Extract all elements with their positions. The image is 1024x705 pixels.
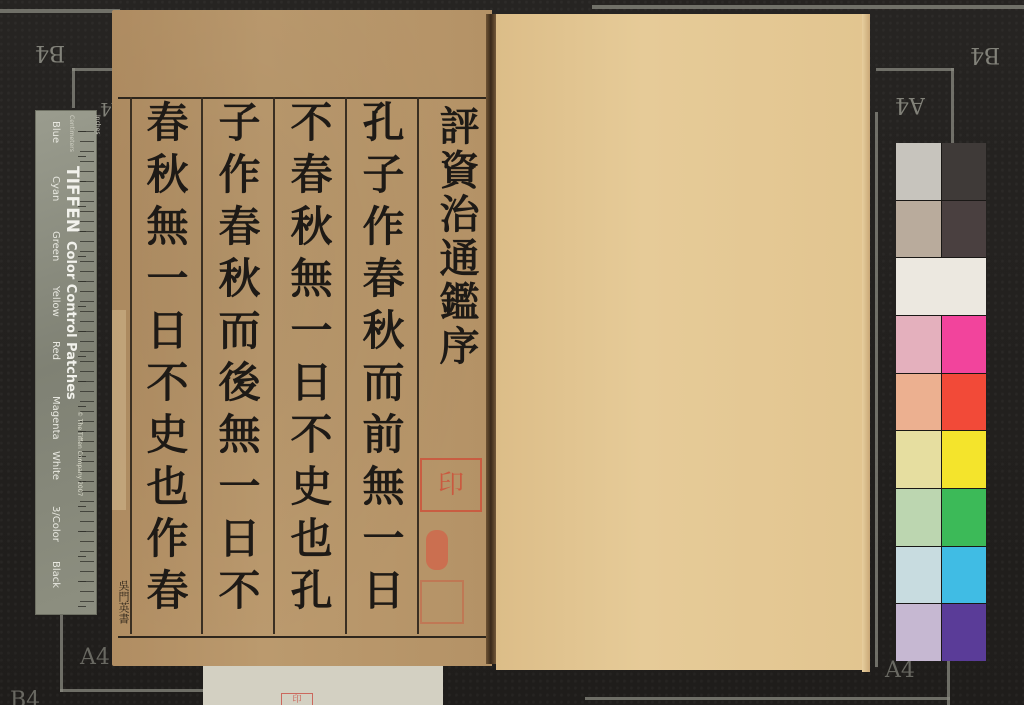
title-text: 評資治通鑑序 — [433, 105, 479, 369]
column-text: 不春秋無一日不史也孔 — [282, 100, 337, 620]
guide-line-inner-right-v — [875, 112, 878, 667]
text-column-4: 春秋無一日不史也作春 — [135, 100, 195, 620]
patch-magenta — [942, 316, 987, 373]
title-column: 評資治通鑑序 — [426, 105, 486, 369]
column-rule — [273, 97, 275, 634]
grid-label-a4-bottomleft: A4 — [80, 645, 110, 670]
text-column-2: 不春秋無一日不史也孔 — [279, 100, 339, 620]
margin-note-text: 吳門英書 — [116, 580, 130, 624]
guide-line-left-bottom-v — [60, 615, 63, 692]
text-column-1: 孔子作春秋而前無一日 — [351, 100, 411, 620]
margin-note: 吳門英書 — [116, 580, 130, 624]
column-rule — [417, 97, 419, 634]
text-column-3: 子作春秋而後無一日不 — [207, 100, 267, 620]
patch-blue-pale — [896, 604, 941, 661]
patch-red-pale — [896, 374, 941, 431]
guide-line-top — [0, 9, 120, 13]
patch-charcoal — [942, 201, 987, 258]
patch-cyan-pale — [896, 547, 941, 604]
guide-line-a4-left-h — [72, 68, 114, 71]
grid-label-a4-bottomright: A4 — [885, 658, 915, 683]
tiffen-ruler: Centimeters Inches Blue Cyan Green Yello… — [35, 110, 97, 615]
grid-label-b4-topleft: B4 — [35, 40, 65, 65]
patch-red — [942, 374, 987, 431]
patch-taupe — [896, 201, 941, 258]
patch-white — [896, 258, 986, 315]
ruler-unit-inches: Inches — [94, 115, 101, 135]
column-rule — [345, 97, 347, 634]
column-rule — [130, 97, 132, 634]
grid-label-b4-topright: B4 — [970, 42, 1000, 67]
patch-green-pale — [896, 489, 941, 546]
right-page-edge — [862, 14, 870, 672]
guide-line-a4-right-v — [951, 68, 954, 144]
red-seal-oval — [426, 530, 448, 570]
red-seal-square: 印 — [420, 458, 482, 512]
guide-line-a4-left-v — [72, 68, 75, 108]
guide-line-bottom-right-h — [585, 697, 950, 700]
ruler-color-names: Blue Cyan Green Yellow Red Magenta White… — [50, 121, 61, 616]
column-text: 孔子作春秋而前無一日 — [354, 100, 409, 620]
column-rule — [201, 97, 203, 634]
grid-label-a4-topright: A4 — [895, 92, 925, 117]
guide-line-top-right — [592, 5, 1024, 9]
grid-label-b4-bottomleft: B4 — [10, 688, 40, 705]
ruler-brand: TIFFENColor Control Patches — [62, 166, 82, 400]
patch-gray-light — [896, 143, 941, 200]
patch-yellow — [942, 431, 987, 488]
guide-line-left-bottom-h — [60, 689, 203, 692]
patch-magenta-pale — [896, 316, 941, 373]
patch-yellow-pale — [896, 431, 941, 488]
column-text: 春秋無一日不史也作春 — [138, 100, 193, 620]
patch-green — [942, 489, 987, 546]
red-seal-faint — [420, 580, 464, 624]
slip-seal-stamp: 印 — [281, 693, 313, 705]
ruler-unit-cm: Centimeters — [68, 115, 75, 152]
bottom-paper-slip — [203, 665, 443, 705]
guide-line-a4-right-h — [876, 68, 954, 71]
patch-gray-dark — [942, 143, 987, 200]
patch-cyan — [942, 547, 987, 604]
right-page-blank — [496, 14, 866, 670]
column-text: 子作春秋而後無一日不 — [210, 100, 265, 620]
color-control-patches — [896, 143, 986, 661]
patch-blue — [942, 604, 987, 661]
ruler-copyright: © The Tiffen Company 2007 — [76, 411, 83, 496]
